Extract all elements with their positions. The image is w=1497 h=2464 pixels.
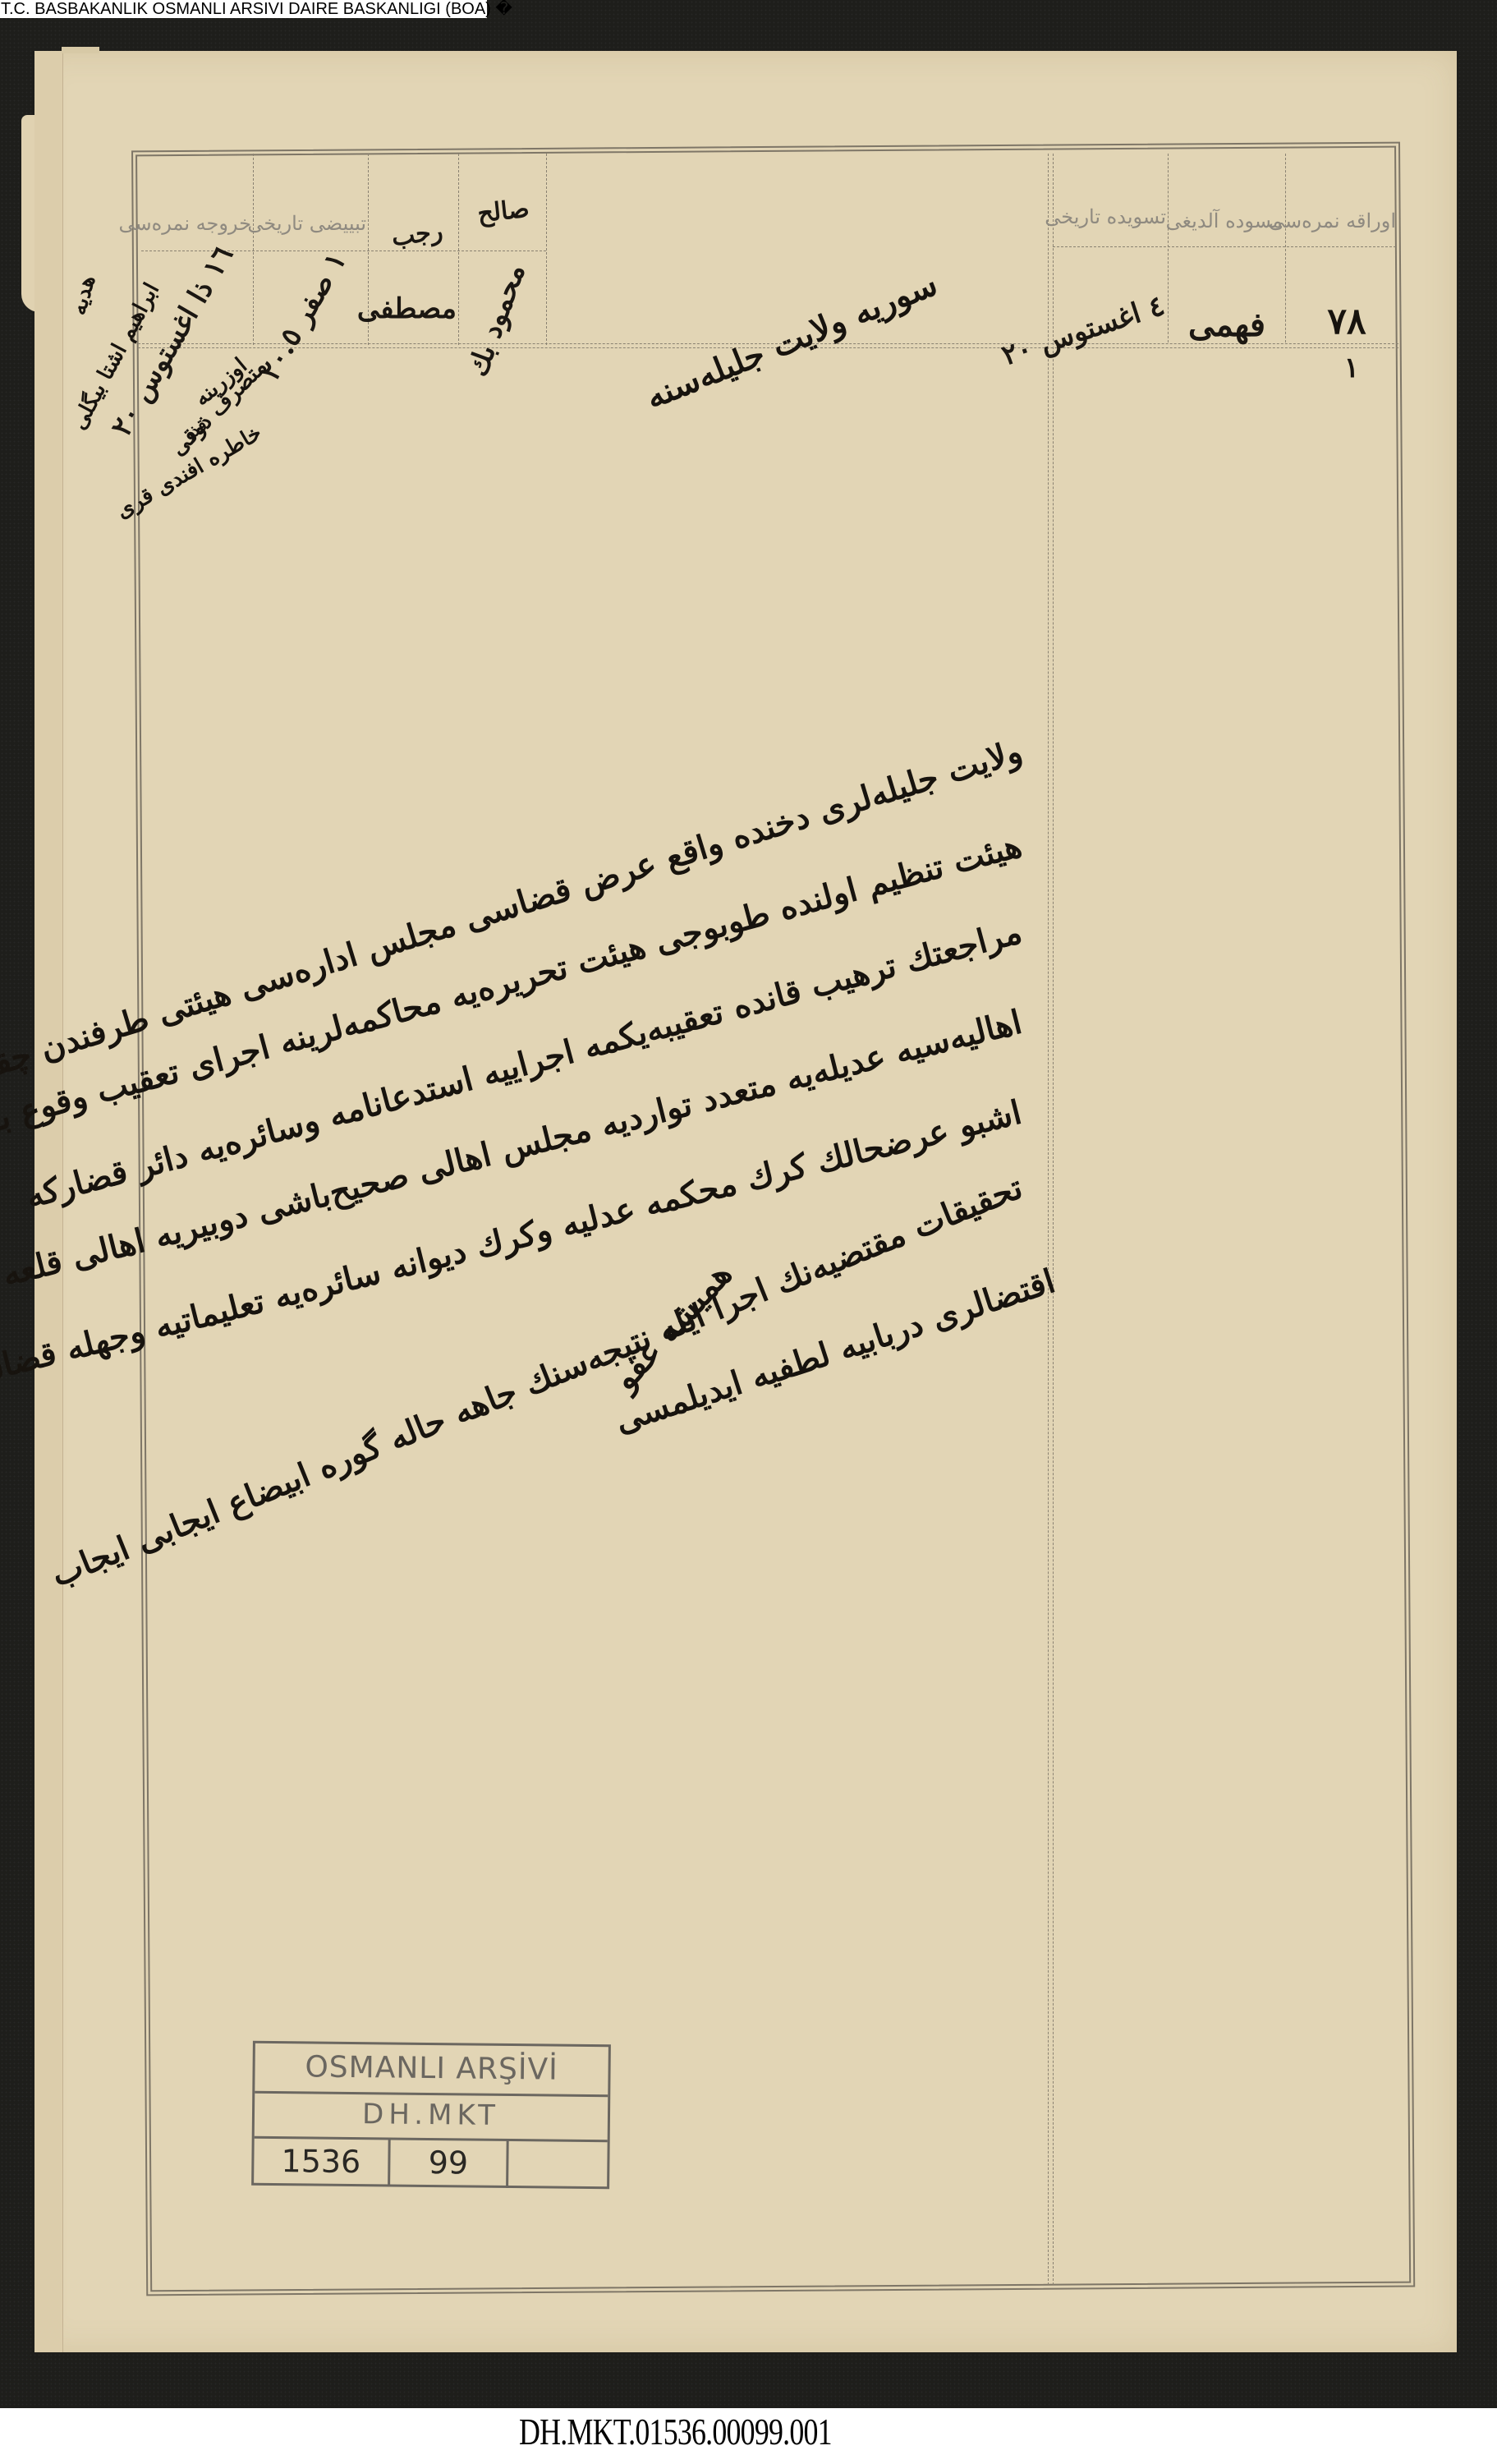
header-row-divider	[1053, 246, 1396, 247]
cell-sheet-number: ٧٨	[1306, 301, 1388, 342]
column-divider	[253, 154, 254, 345]
stamp-document-number: 99	[390, 2137, 509, 2188]
stamp-numbers-row: 1536 99	[254, 2136, 608, 2189]
cell-sub-number: ١	[1334, 352, 1359, 384]
cell-clerk: مصطفی	[371, 292, 457, 325]
column-header-sheet-number: اوراقه نمره‌سی	[1288, 209, 1396, 232]
register-table-frame	[131, 142, 1415, 2296]
margin-column-divider	[1053, 154, 1054, 2285]
archive-header-label: T.C. BASBAKANLIK OSMANLI ARSIVI DAIRE BA…	[0, 0, 487, 18]
document-reference-code: DH.MKT.01536.00099.001	[519, 2410, 832, 2453]
cell-draft-receiver: فهمی	[1171, 306, 1283, 344]
stamp-fond: DH.MKT	[255, 2091, 608, 2142]
stamp-institution: OSMANLI ARŞİVİ	[255, 2043, 608, 2097]
column-header-draft-receiver: مسوده آلدیغی	[1171, 209, 1283, 232]
header-row-divider	[141, 251, 546, 251]
paper-tab	[62, 47, 99, 53]
stamp-extra-cell	[508, 2139, 608, 2189]
column-header-fair-copy-date: تبییضی تاریخی	[256, 212, 366, 235]
stamp-dossier-number: 1536	[254, 2136, 391, 2187]
column-divider	[1168, 154, 1169, 342]
column-header-draft-date: تسویده تاریخی	[1058, 205, 1166, 228]
column-header-outgoing-number: خروجه نمره‌سی	[146, 212, 251, 235]
margin-column-divider	[1048, 154, 1049, 2285]
column-divider	[546, 154, 547, 345]
column-divider	[458, 154, 459, 345]
column-divider	[1285, 154, 1286, 342]
archive-stamp: OSMANLI ARŞİVİ DH.MKT 1536 99	[251, 2041, 611, 2190]
